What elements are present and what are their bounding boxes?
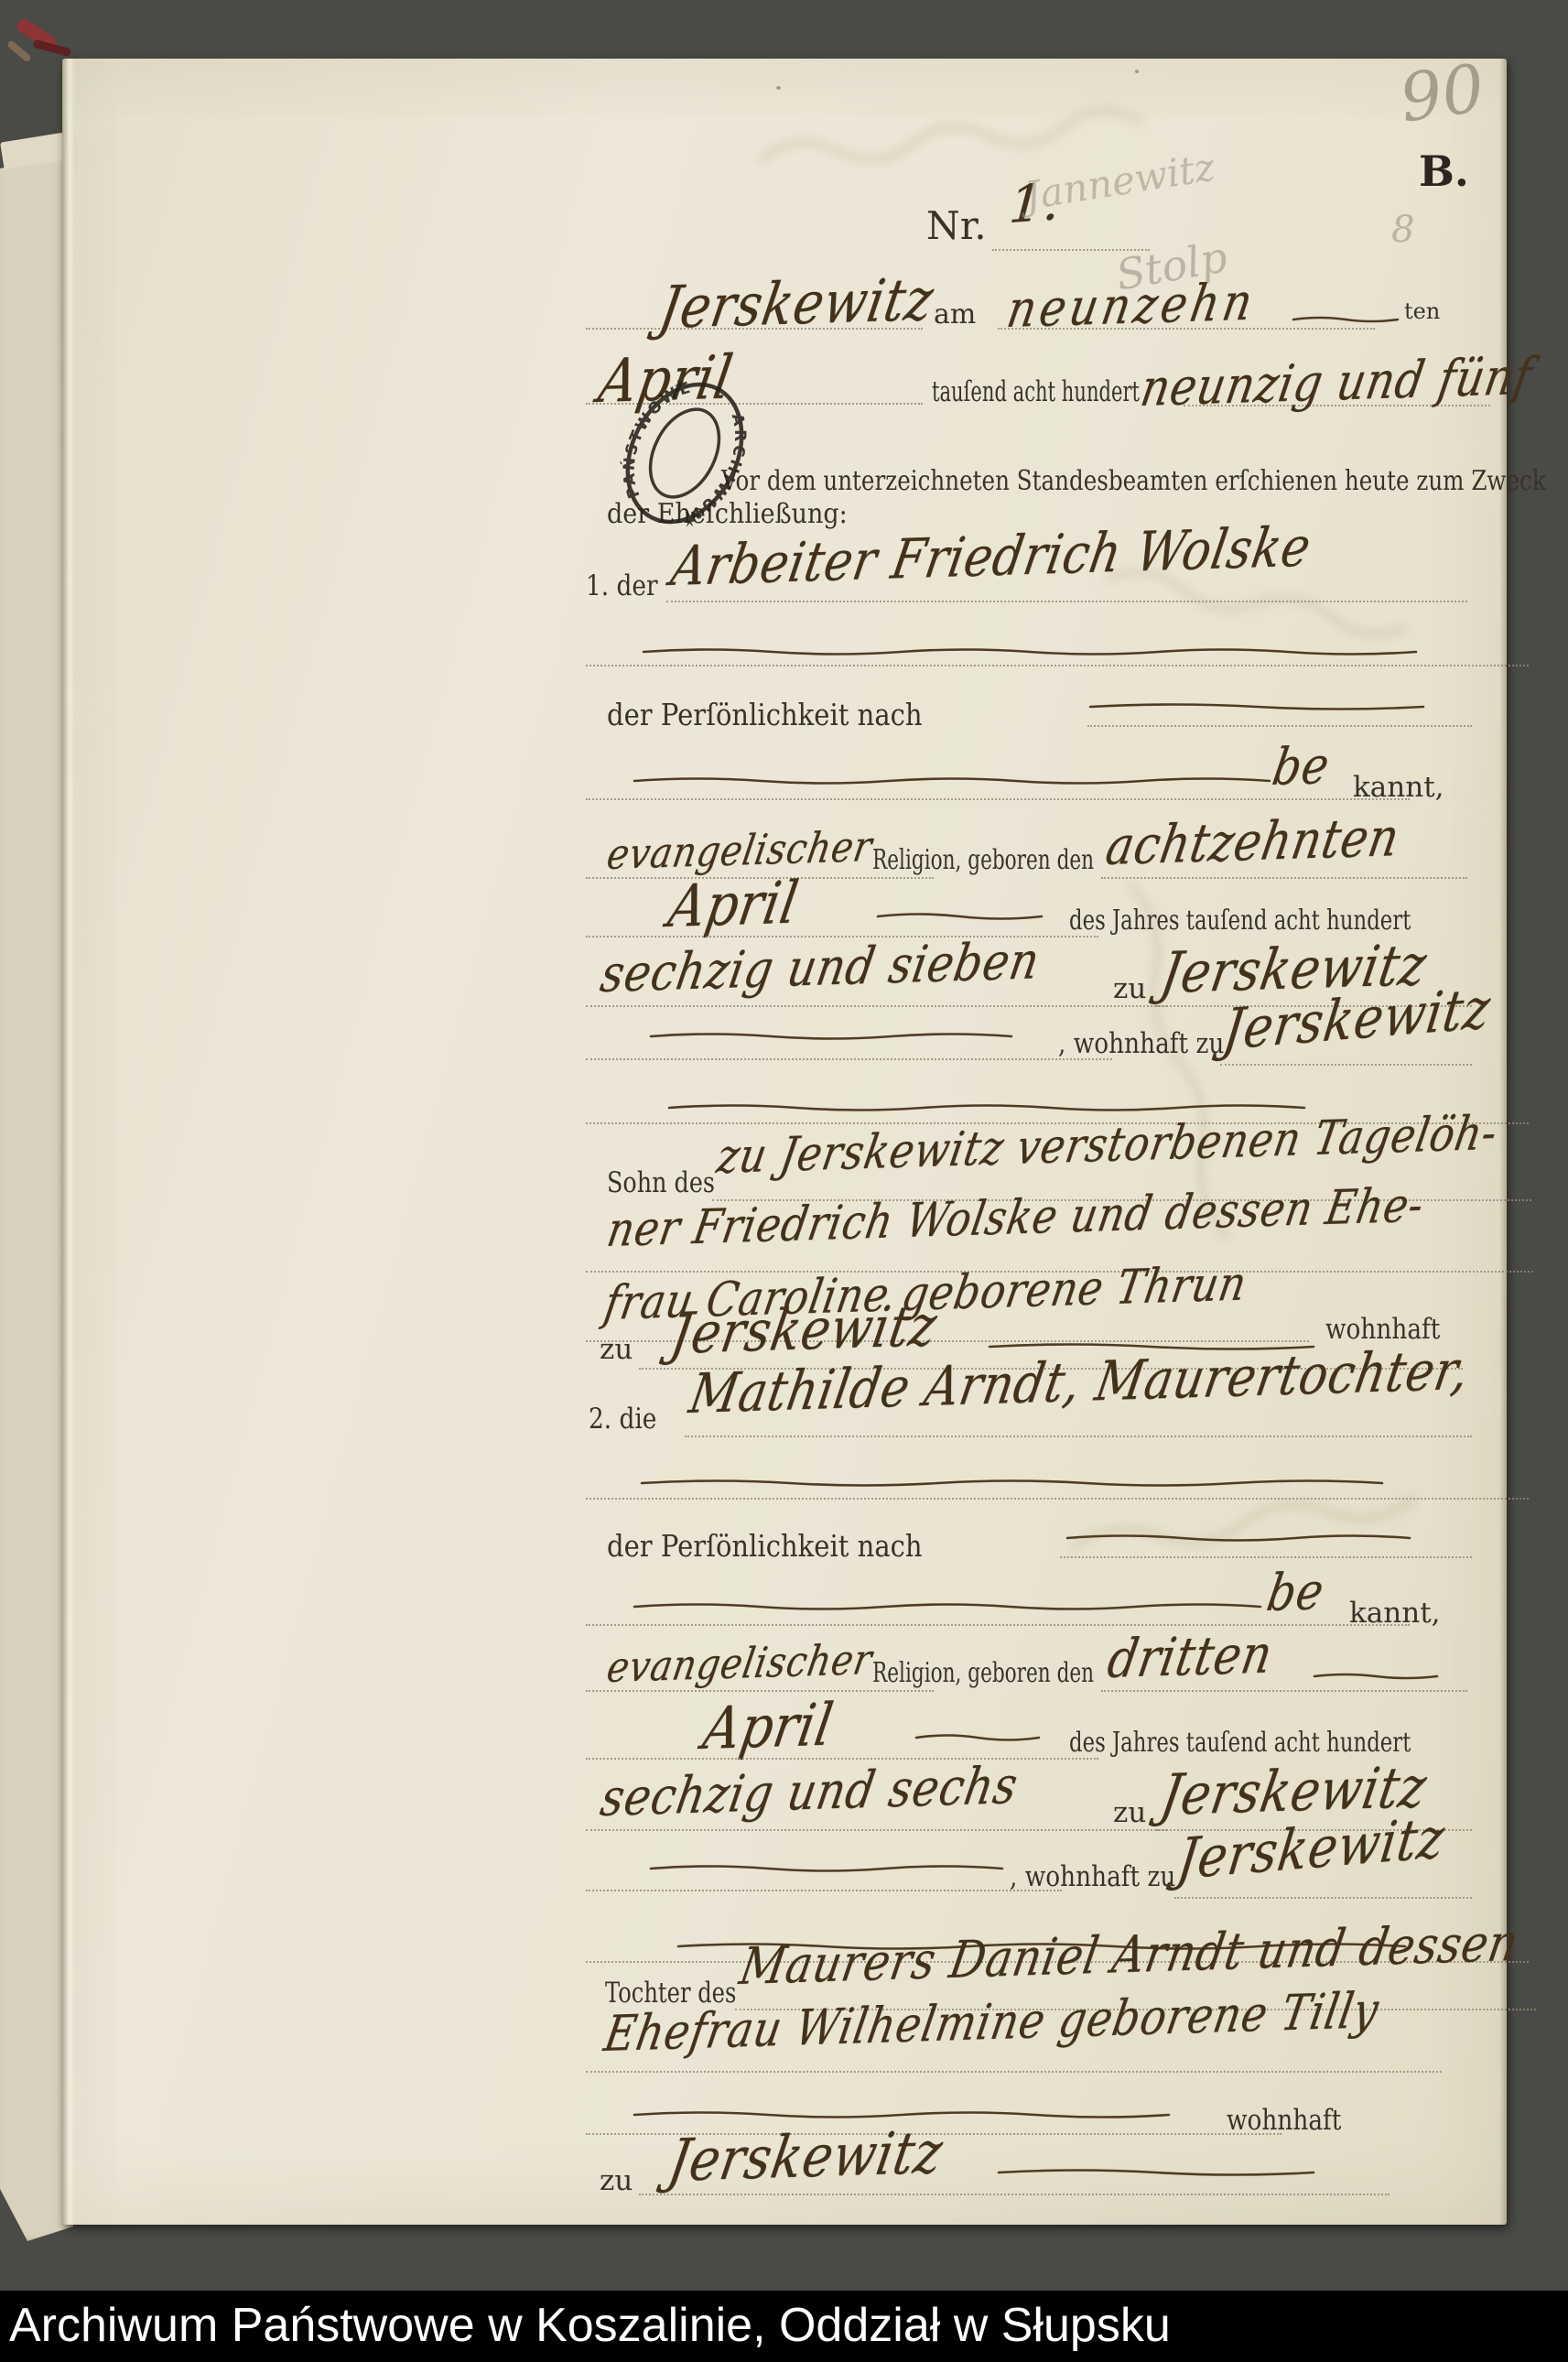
- bride-parents-residence: Jerskewitz: [664, 2119, 947, 2195]
- bride-religion-label: Religion, geboren den: [872, 1657, 1094, 1689]
- dotted-rule: [1174, 1897, 1472, 1899]
- groom-religion: evangelischer: [603, 821, 876, 879]
- bride-resident-label: , wohnhaft zu: [1010, 1860, 1175, 1893]
- printed-am: am: [934, 298, 976, 330]
- pencil-note-small: 8: [1391, 209, 1414, 251]
- groom-birth-month: April: [664, 870, 804, 941]
- bride-parents-line1: Maurers Daniel Arndt und dessen: [736, 1913, 1523, 1997]
- ink-strike: [639, 1476, 1385, 1490]
- archive-caption-bar: Archiwum Państwowe w Koszalinie, Oddział…: [0, 2291, 1568, 2362]
- dotted-rule: [586, 1690, 934, 1692]
- ink-strike: [632, 773, 1272, 789]
- ink-strike: [648, 1029, 1014, 1044]
- dotted-rule: [586, 665, 1529, 666]
- groom-origin-label: Sohn des: [607, 1166, 715, 1199]
- groom-year-label: des Jahres tauſend acht hundert: [1069, 905, 1411, 937]
- groom-index-label: 1. der: [586, 569, 658, 602]
- dotted-rule: [586, 2071, 1442, 2073]
- bride-identity-label: der Perſönlichkeit nach: [607, 1528, 923, 1564]
- entry-year: neunzig und fünf: [1137, 347, 1537, 418]
- entry-day: neunzehn: [1003, 273, 1260, 340]
- printed-year-prefix: tauſend acht hundert: [932, 375, 1140, 408]
- ink-strike: [648, 1862, 1005, 1875]
- dotted-rule: [1101, 877, 1467, 879]
- groom-resident-label: , wohnhaft zu: [1058, 1027, 1224, 1060]
- bride-year-label: des Jahres tauſend acht hundert: [1069, 1727, 1411, 1759]
- dotted-rule: [685, 1436, 1472, 1437]
- ink-flourish: [1291, 315, 1400, 324]
- groom-birth-day: achtzehnten: [1101, 806, 1404, 877]
- intro-line-1: Vor dem unterzeichneten Standesbeamten e…: [721, 465, 1546, 497]
- ink-strike: [641, 645, 1419, 659]
- record-number-label: Nr.: [926, 203, 987, 248]
- archive-scan-scene: 90 B. Nr. 1. Jannewitz 8 Stolp Jerskewit…: [0, 0, 1568, 2362]
- groom-religion-label: Religion, geboren den: [872, 844, 1094, 876]
- paper-speck: [776, 86, 781, 90]
- ink-flourish: [1312, 1672, 1440, 1681]
- dotted-rule: [1087, 725, 1472, 727]
- groom-be-hand: be: [1269, 736, 1335, 797]
- groom-zu-label: zu: [1113, 972, 1146, 1005]
- bride-religion: evangelischer: [603, 1634, 876, 1692]
- bride-birth-day: dritten: [1103, 1623, 1277, 1690]
- entry-place: Jerskewitz: [654, 266, 938, 342]
- bride-be-hand: be: [1263, 1562, 1329, 1623]
- bride-wohnhaft-label: wohnhaft: [1227, 2104, 1341, 2137]
- dotted-rule: [1220, 1064, 1472, 1066]
- bride-birth-month: April: [698, 1692, 838, 1763]
- dotted-rule: [586, 1498, 1529, 1500]
- groom-parents-line1: zu Jerskewitz verstorbenen Tagelöh-: [713, 1106, 1501, 1185]
- dotted-rule: [1101, 1690, 1467, 1692]
- dotted-rule: [586, 1058, 1112, 1060]
- dotted-rule: [586, 1829, 1167, 1831]
- ink-strike: [914, 1732, 1042, 1743]
- groom-identity-label: der Perſönlichkeit nach: [607, 697, 923, 732]
- printed-day-suffix: ten: [1404, 298, 1440, 324]
- ink-strike: [666, 1100, 1307, 1115]
- bride-birth-year: sechzig und sechs: [597, 1756, 1022, 1828]
- ink-strike: [1065, 1531, 1412, 1545]
- ink-strike: [996, 2166, 1316, 2179]
- ink-strike: [875, 910, 1044, 923]
- ink-strike: [1087, 699, 1426, 714]
- archive-caption: Archiwum Państwowe w Koszalinie, Oddział…: [0, 2291, 1568, 2360]
- paper-speck: [1135, 70, 1139, 73]
- groom-kannt-label: kannt,: [1353, 771, 1444, 804]
- archive-stamp: ARCHIWUM PAŃSTWOWE ✶ ✶: [600, 357, 769, 549]
- dotted-rule: [586, 798, 1410, 800]
- pencil-page-number: 90: [1395, 49, 1488, 137]
- dotted-rule: [586, 1005, 1167, 1007]
- document-page: 90 B. Nr. 1. Jannewitz 8 Stolp Jerskewit…: [62, 59, 1507, 2225]
- ink-strike: [632, 1598, 1263, 1615]
- bride-kannt-label: kannt,: [1349, 1597, 1441, 1630]
- dotted-rule: [1060, 1556, 1472, 1558]
- bride-zu-label: zu: [1113, 1796, 1146, 1829]
- dotted-rule: [639, 2194, 1390, 2195]
- groom-zu2-label: zu: [600, 1333, 633, 1366]
- bride-index-label: 2. die: [589, 1403, 656, 1436]
- groom-parents-line2: ner Friedrich Wolske und dessen Ehe-: [603, 1178, 1428, 1258]
- dotted-rule: [586, 1890, 1062, 1891]
- dotted-rule: [586, 1624, 1410, 1626]
- groom-birth-year: sechzig und sieben: [597, 931, 1044, 1004]
- dotted-rule: [666, 601, 1467, 602]
- section-letter: B.: [1419, 146, 1469, 196]
- binding-thread: [6, 39, 32, 62]
- bride-zu2-label: zu: [600, 2164, 633, 2197]
